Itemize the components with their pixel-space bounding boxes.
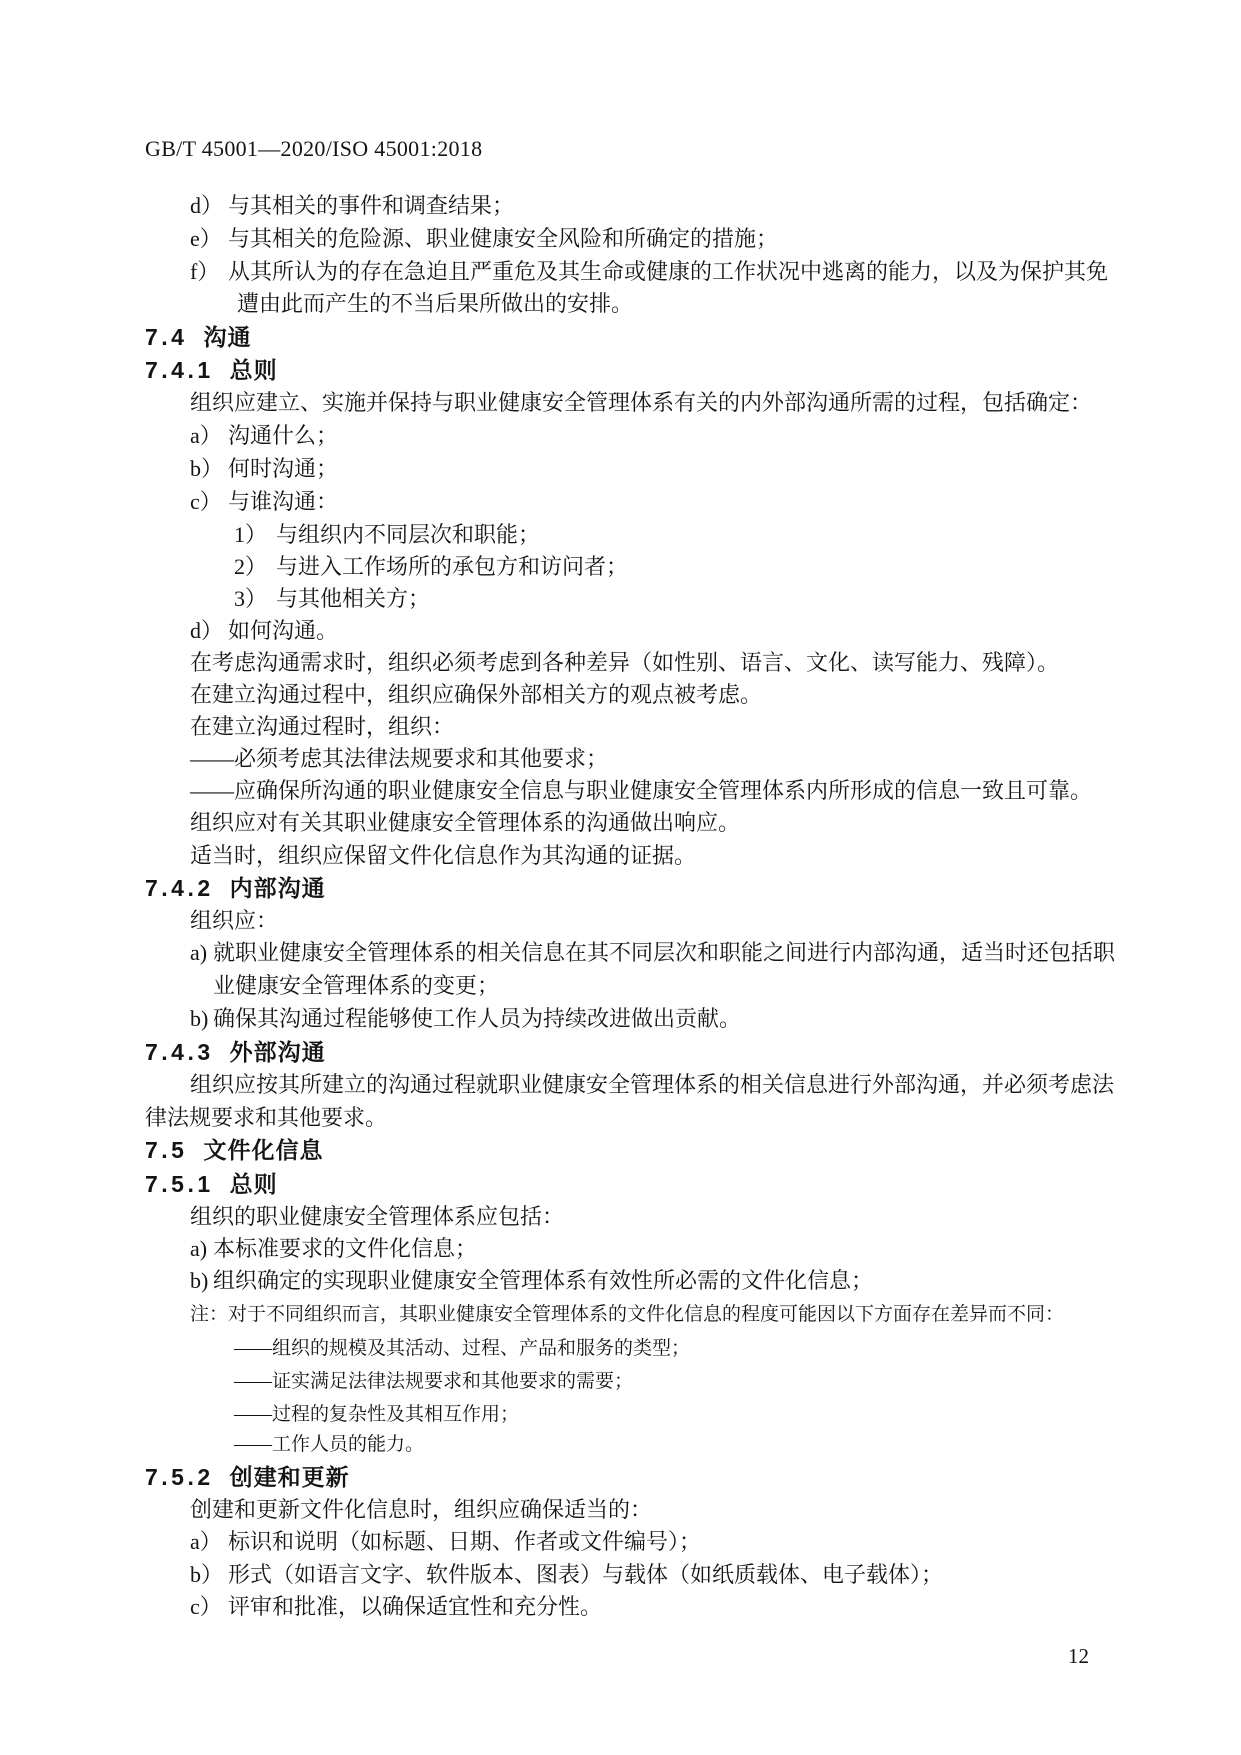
list-item-text: 与组织内不同层次和职能； (276, 522, 540, 547)
list-item: c）评审和批准，以确保适宜性和充分性。 (190, 1591, 602, 1623)
section-heading: 7.5.2创建和更新 (145, 1461, 350, 1493)
list-item-label: b） (190, 1559, 228, 1591)
text-line: ——必须考虑其法律法规要求和其他要求； (190, 743, 608, 775)
section-heading: 7.5.1总则 (145, 1168, 278, 1200)
list-item: d）如何沟通。 (190, 615, 338, 647)
list-item-text: 与其他相关方； (276, 586, 430, 611)
heading-title: 总则 (230, 1171, 278, 1197)
document-header: GB/T 45001—2020/ISO 45001:2018 (145, 134, 482, 164)
list-item-label: c） (190, 486, 228, 518)
text-line: 组织应： (190, 905, 278, 937)
list-item: b)组织确定的实现职业健康安全管理体系有效性所必需的文件化信息； (190, 1265, 873, 1297)
list-item-text: 何时沟通； (228, 456, 338, 481)
heading-number: 7.4.1 (145, 357, 214, 383)
list-item-text: 沟通什么； (228, 423, 338, 448)
list-item-text: 与谁沟通： (228, 489, 338, 514)
list-item-text: 组织确定的实现职业健康安全管理体系有效性所必需的文件化信息； (213, 1268, 873, 1293)
list-item: 2）与进入工作场所的承包方和访问者； (234, 551, 628, 583)
list-item-label: d） (190, 190, 228, 222)
text-line: 适当时，组织应保留文件化信息作为其沟通的证据。 (190, 840, 696, 872)
list-item-label: 3） (234, 583, 276, 615)
list-item: b）何时沟通； (190, 453, 338, 485)
list-item: d）与其相关的事件和调查结果； (190, 190, 514, 222)
heading-number: 7.5.1 (145, 1171, 214, 1197)
section-heading: 7.4.1总则 (145, 354, 278, 386)
heading-number: 7.4.2 (145, 875, 214, 901)
list-item-text: 形式（如语言文字、软件版本、图表）与载体（如纸质载体、电子载体）； (228, 1562, 943, 1587)
list-item-label: d） (190, 615, 228, 647)
text-line: 在建立沟通过程时，组织： (190, 711, 454, 743)
list-item: f）从其所认为的存在急迫且严重危及其生命或健康的工作状况中逃离的能力，以及为保护… (190, 256, 1108, 288)
text-line: 创建和更新文件化信息时，组织应确保适当的： (190, 1494, 652, 1526)
heading-title: 内部沟通 (230, 875, 326, 901)
text-line: 组织应对有关其职业健康安全管理体系的沟通做出响应。 (190, 807, 740, 839)
heading-number: 7.5 (145, 1137, 187, 1163)
text-line: 在考虑沟通需求时，组织必须考虑到各种差异（如性别、语言、文化、读写能力、残障）。 (190, 647, 1059, 679)
list-item-label: c） (190, 1591, 228, 1623)
list-item-text: 与其相关的危险源、职业健康安全风险和所确定的措施； (228, 226, 778, 251)
text-line: ——组织的规模及其活动、过程、产品和服务的类型； (234, 1333, 690, 1365)
text-line: 组织应建立、实施并保持与职业健康安全管理体系有关的内外部沟通所需的过程，包括确定… (190, 387, 1092, 419)
list-item-text: 评审和批准，以确保适宜性和充分性。 (228, 1594, 602, 1619)
list-item: a）沟通什么； (190, 420, 338, 452)
document-page: GB/T 45001—2020/ISO 45001:2018 d）与其相关的事件… (0, 0, 1241, 1755)
text-line: ——工作人员的能力。 (234, 1429, 424, 1461)
text-line: ——证实满足法律法规要求和其他要求的需要； (234, 1366, 633, 1398)
text-line: ——过程的复杂性及其相互作用； (234, 1399, 519, 1431)
section-heading: 7.4沟通 (145, 321, 251, 353)
list-item-label: e） (190, 223, 228, 255)
text-line: 业健康安全管理体系的变更； (213, 970, 499, 1002)
heading-number: 7.4 (145, 324, 187, 350)
text-line: 组织应按其所建立的沟通过程就职业健康安全管理体系的相关信息进行外部沟通，并必须考… (190, 1069, 1114, 1101)
heading-title: 文件化信息 (203, 1137, 323, 1163)
page-number: 12 (1068, 1642, 1089, 1670)
list-item: 1）与组织内不同层次和职能； (234, 519, 540, 551)
list-item-text: 从其所认为的存在急迫且严重危及其生命或健康的工作状况中逃离的能力，以及为保护其免 (228, 259, 1108, 284)
text-line: 在建立沟通过程中，组织应确保外部相关方的观点被考虑。 (190, 679, 762, 711)
list-item-text: 如何沟通。 (228, 618, 338, 643)
list-item-label: 1） (234, 519, 276, 551)
list-item: c）与谁沟通： (190, 486, 338, 518)
list-item: b）形式（如语言文字、软件版本、图表）与载体（如纸质载体、电子载体）； (190, 1559, 943, 1591)
list-item-text: 标识和说明（如标题、日期、作者或文件编号）； (228, 1529, 701, 1554)
text-line: ——应确保所沟通的职业健康安全信息与职业健康安全管理体系内所形成的信息一致且可靠… (190, 775, 1092, 807)
list-item-label: a） (190, 1526, 228, 1558)
list-item: a)本标准要求的文件化信息； (190, 1233, 477, 1265)
text-line: 遭由此而产生的不当后果所做出的安排。 (237, 288, 633, 320)
list-item: a)就职业健康安全管理体系的相关信息在其不同层次和职能之间进行内部沟通，适当时还… (190, 937, 1115, 969)
list-item: a）标识和说明（如标题、日期、作者或文件编号）； (190, 1526, 701, 1558)
list-item-label: a） (190, 420, 228, 452)
list-item-text: 与其相关的事件和调查结果； (228, 193, 514, 218)
section-heading: 7.4.3外部沟通 (145, 1036, 326, 1068)
list-item-label: b) (190, 1003, 213, 1035)
list-item-text: 就职业健康安全管理体系的相关信息在其不同层次和职能之间进行内部沟通，适当时还包括… (213, 940, 1115, 965)
list-item-text: 与进入工作场所的承包方和访问者； (276, 554, 628, 579)
list-item-label: a) (190, 937, 213, 969)
heading-title: 外部沟通 (230, 1039, 326, 1065)
heading-title: 沟通 (203, 324, 251, 350)
list-item-label: 2） (234, 551, 276, 583)
list-item: 3）与其他相关方； (234, 583, 430, 615)
section-heading: 7.4.2内部沟通 (145, 872, 326, 904)
heading-number: 7.5.2 (145, 1464, 214, 1490)
text-line: 注：对于不同组织而言，其职业健康安全管理体系的文件化信息的程度可能因以下方面存在… (190, 1299, 1064, 1331)
list-item-label: a) (190, 1233, 213, 1265)
heading-number: 7.4.3 (145, 1039, 214, 1065)
text-line: 律法规要求和其他要求。 (145, 1102, 387, 1134)
list-item: b)确保其沟通过程能够使工作人员为持续改进做出贡献。 (190, 1003, 741, 1035)
section-heading: 7.5文件化信息 (145, 1134, 323, 1166)
list-item-label: b) (190, 1265, 213, 1297)
list-item-text: 确保其沟通过程能够使工作人员为持续改进做出贡献。 (213, 1006, 741, 1031)
list-item: e）与其相关的危险源、职业健康安全风险和所确定的措施； (190, 223, 778, 255)
list-item-label: f） (190, 256, 228, 288)
list-item-label: b） (190, 453, 228, 485)
heading-title: 总则 (230, 357, 278, 383)
heading-title: 创建和更新 (230, 1464, 350, 1490)
text-line: 组织的职业健康安全管理体系应包括： (190, 1201, 564, 1233)
list-item-text: 本标准要求的文件化信息； (213, 1236, 477, 1261)
